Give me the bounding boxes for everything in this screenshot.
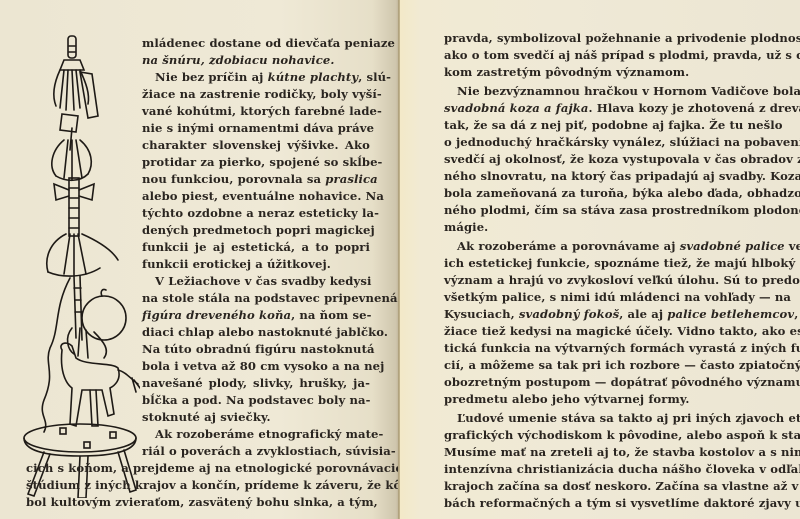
text-line: krajoch začína sa dosť neskoro. Začína s…	[444, 478, 777, 495]
text-span: , na ňom se-	[291, 308, 371, 322]
text-line: ako o tom svedčí aj náš prípad s plodmi,…	[444, 47, 777, 64]
text-span: . Hlava kozy je zhotovená z dreva	[589, 101, 800, 115]
text-line: Ľudové umenie stáva sa takto aj pri inýc…	[457, 410, 777, 427]
text-line: grafických východiskom k pôvodine, alebo…	[444, 427, 777, 444]
text-line: na stole stála na podstavec pripevnená	[142, 290, 370, 307]
italic-phrase: palice betlehemcov	[667, 307, 794, 321]
text-line: Nie bezvýznamnou hračkou v Hornom Vadičo…	[457, 83, 777, 100]
text-line: význam a hrajú vo zvykosloví veľkú úlohu…	[444, 272, 777, 289]
text-line: stoknuté aj sviečky.	[142, 409, 271, 426]
text-line: bola i vetva až 80 cm vysoko a na nej	[142, 358, 370, 375]
text-line: diaci chlap alebo nastoknuté jablčko.	[142, 324, 370, 341]
text-line: mágie.	[444, 219, 488, 236]
text-span: Nie bez príčin aj	[155, 70, 268, 84]
text-line: svedčí aj okolnosť, že koza vystupovala …	[444, 151, 777, 168]
text-line: navešané plody, slivky, hrušky, ja-	[142, 375, 370, 392]
text-line: protidar za pierko, spojené so skĺbe-	[142, 154, 370, 171]
text-line: tak, že sa dá z nej piť, podobne aj fajk…	[444, 117, 777, 134]
text-line: Kysuciach, svadobný fokoš, ale aj palice…	[444, 306, 777, 323]
text-line: bol kultovým zvieraťom, zasvätený bohu s…	[26, 494, 370, 511]
text-line: alebo piest, eventuálne nohavice. Na	[142, 188, 370, 205]
text-line: cií, a môžeme sa tak pri ich rozbore — č…	[444, 357, 777, 374]
text-line: bĺčka a pod. Na podstavec boly na-	[142, 392, 370, 409]
text-line: predmetu alebo jeho výtvarnej formy.	[444, 391, 689, 408]
text-line: riál o poverách a zvyklostiach, súvisia-	[142, 443, 370, 460]
text-line: obozretným postupom — dopátrať pôvodného…	[444, 374, 777, 391]
wedding-pole-illustration	[14, 28, 140, 498]
italic-phrase: kútne plachty	[268, 70, 359, 84]
italic-phrase: svadobný fokoš	[519, 307, 619, 321]
text-line: vané kohútmi, ktorých farebné lade-	[142, 103, 370, 120]
text-line: svadobná koza a fajka. Hlava kozy je zho…	[444, 100, 777, 117]
italic-phrase: na šnúru, zdobiacu nohavice.	[142, 53, 334, 67]
text-line: tická funkcia na výtvarných formách vyra…	[444, 340, 777, 357]
text-line: nie s inými ornamentmi dáva práve	[142, 120, 370, 137]
text-line: bola zameňovaná za turoňa, býka alebo ďa…	[444, 185, 777, 202]
text-line: ného slnovratu, na ktorý čas pripadajú a…	[444, 168, 777, 185]
left-page: mládenec dostane od dievčaťa peniaze na …	[0, 0, 400, 519]
text-line: funkcii je aj estetická, a to popri	[142, 239, 370, 256]
text-line: žiace na zastrenie rodičky, boly vyší-	[142, 86, 370, 103]
text-line: Nie bez príčin aj kútne plachty, slú-	[155, 69, 370, 86]
text-span: , ale aj	[619, 307, 667, 321]
text-line: žiace tiež kedysi na magické účely. Vidn…	[444, 323, 777, 340]
text-span: nou funkciou, porovnala sa	[142, 172, 325, 186]
text-line: charakter slovenskej výšivke. Ako	[142, 137, 370, 154]
text-line: kom zastretým pôvodným významom.	[444, 64, 689, 81]
text-span: Ak rozoberáme a porovnávame aj	[457, 239, 680, 253]
italic-phrase: praslica	[325, 172, 377, 186]
text-line: pravda, symbolizoval požehnanie a privod…	[444, 30, 777, 47]
text-span: , slú-	[794, 307, 800, 321]
text-line: V Ležiachove v čas svadby kedysi	[155, 273, 370, 290]
wedding-pole-horse-icon	[14, 28, 140, 498]
italic-phrase: svadobné palice	[680, 239, 785, 253]
italic-phrase: svadobná koza a fajka	[444, 101, 589, 115]
text-line: všetkým palice, s nimi idú mládenci na v…	[444, 289, 777, 306]
text-line: cich s koňom, a prejdeme aj na etnologic…	[26, 460, 370, 477]
text-line: dených predmetoch popri magickej	[142, 222, 370, 239]
text-line: týchto ozdobne a neraz esteticky la-	[142, 205, 370, 222]
text-line: ného plodmi, čím sa stáva zasa prostredn…	[444, 202, 777, 219]
text-line: bách reformačných a tým si vysvetlíme da…	[444, 495, 777, 512]
text-span: vedľa	[785, 239, 800, 253]
text-line: Musíme mať na zreteli aj to, že stavba k…	[444, 444, 777, 461]
italic-phrase: figúra dreveného koňa	[142, 308, 291, 322]
text-span: Kysuciach,	[444, 307, 519, 321]
text-line: ich estetickej funkcie, spoznáme tiež, ž…	[444, 255, 777, 272]
text-line: funkcii erotickej a úžitkovej.	[142, 256, 331, 273]
text-line-italic: na šnúru, zdobiacu nohavice.	[142, 52, 334, 69]
text-line: figúra dreveného koňa, na ňom se-	[142, 307, 370, 324]
book-spread: mládenec dostane od dievčaťa peniaze na …	[0, 0, 800, 519]
text-line: Ak rozoberáme etnografický mate-	[155, 426, 370, 443]
text-span: , slú-	[358, 70, 391, 84]
right-page: pravda, symbolizoval požehnanie a privod…	[400, 0, 800, 519]
text-line: Na túto obradnú figúru nastoknutá	[142, 341, 370, 358]
text-line: mládenec dostane od dievčaťa peniaze	[142, 35, 370, 52]
text-line: intenzívna christianizácia ducha nášho č…	[444, 461, 777, 478]
text-line: Ak rozoberáme a porovnávame aj svadobné …	[457, 238, 777, 255]
text-line: o jednoduchý hračkársky vynález, slúžiac…	[444, 134, 777, 151]
text-line: štúdium z iných krajov a končín, prídeme…	[26, 477, 370, 494]
text-line: nou funkciou, porovnala sa praslica	[142, 171, 370, 188]
